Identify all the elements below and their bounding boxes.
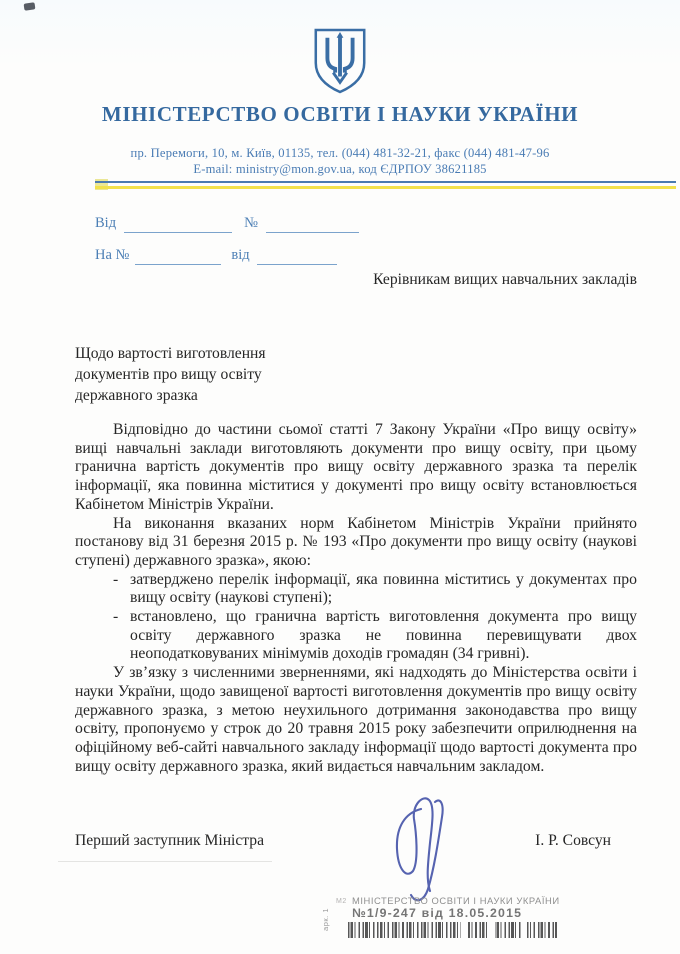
- flag-line-yellow: [95, 186, 676, 189]
- blank-incoming-date-line: [257, 249, 337, 265]
- stamp-code: М2: [336, 898, 347, 905]
- scanned-letter-page: МІНІСТЕРСТВО ОСВІТИ І НАУКИ УКРАЇНИ пр. …: [0, 0, 680, 954]
- stamp-registration-number: №1/9-247 від 18.05.2015: [352, 906, 522, 920]
- blank-date-line: [124, 217, 232, 233]
- scan-fold-line: [58, 861, 272, 862]
- from-label: Від: [95, 216, 116, 233]
- on-number-label: На №: [95, 248, 129, 265]
- barcode: [348, 922, 557, 938]
- dash-marker: -: [113, 608, 130, 664]
- flag-line-blue: [95, 181, 676, 183]
- subject-line: державного зразка: [75, 386, 266, 407]
- paragraph-instruction: У зв’язку з численними зверненнями, які …: [75, 664, 637, 776]
- blank-incoming-number-line: [135, 249, 221, 265]
- email-line: E-mail: ministry@mon.gov.ua, код ЄДРПОУ …: [0, 162, 680, 177]
- paragraph-resolution: На виконання вказаних норм Кабінетом Мін…: [75, 515, 637, 571]
- ref-row-outgoing: Від №: [95, 201, 359, 233]
- ref-row-incoming: На № від: [95, 233, 359, 265]
- list-item: - затверджено перелік інформації, яка по…: [113, 571, 637, 608]
- subject-line: Щодо вартості виготовлення: [75, 344, 266, 365]
- signer-position: Перший заступник Міністра: [75, 832, 264, 850]
- dash-marker: -: [113, 571, 130, 608]
- tryzub-emblem-icon: [309, 26, 371, 96]
- ministry-title: МІНІСТЕРСТВО ОСВІТИ І НАУКИ УКРАЇНИ: [0, 102, 680, 126]
- subject-line: документів про вищу освіту: [75, 365, 266, 386]
- number-label: №: [244, 216, 258, 233]
- barcode-gap: [490, 922, 495, 938]
- scan-artifact: [24, 2, 36, 10]
- paragraph-legal-basis: Відповідно до частини сьомої статті 7 За…: [75, 421, 637, 515]
- list-item: - встановлено, що гранична вартість виго…: [113, 608, 637, 664]
- recipient-line: Керівникам вищих навчальних закладів: [75, 271, 637, 289]
- registration-stamp: М2 МІНІСТЕРСТВО ОСВІТИ І НАУКИ УКРАЇНИ №…: [322, 894, 572, 944]
- flag-divider: [95, 179, 676, 191]
- barcode-gap: [521, 922, 527, 938]
- of-date-label: від: [231, 248, 249, 265]
- resolution-list: - затверджено перелік інформації, яка по…: [75, 571, 637, 665]
- subject-block: Щодо вартості виготовлення документів пр…: [75, 344, 266, 406]
- blank-number-line: [266, 217, 359, 233]
- letter-body: Відповідно до частини сьомої статті 7 За…: [75, 421, 637, 776]
- sheet-count-label: арк. 1: [321, 908, 330, 931]
- address-line: пр. Перемоги, 10, м. Київ, 01135, тел. (…: [0, 146, 680, 161]
- barcode-gap: [461, 922, 468, 938]
- signer-name: І. Р. Совсун: [535, 832, 637, 850]
- stamp-org-name: МІНІСТЕРСТВО ОСВІТИ І НАУКИ УКРАЇНИ: [352, 895, 560, 906]
- signature-row: Перший заступник Міністра І. Р. Совсун: [75, 832, 637, 850]
- reference-fields: Від № На № від: [95, 201, 359, 265]
- letterhead: МІНІСТЕРСТВО ОСВІТИ І НАУКИ УКРАЇНИ пр. …: [0, 26, 680, 177]
